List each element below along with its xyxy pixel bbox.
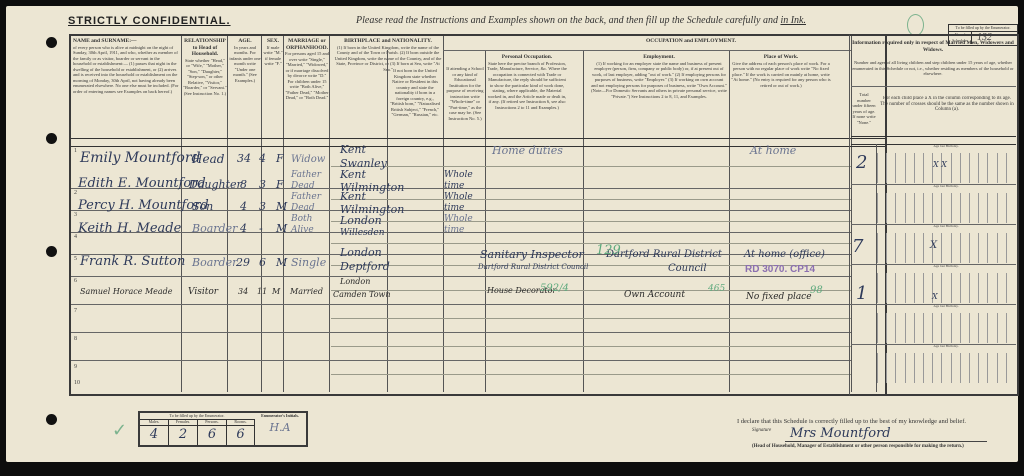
header-employment: Employment.(1) If working for an employe… [591, 54, 727, 138]
signature-caption: (Head of Household, Manager of Establish… [752, 444, 964, 449]
stamp-rd: RD 3070. CP14 [745, 264, 815, 275]
females-count: 2 [169, 426, 197, 444]
row4-children-total: 7 [852, 236, 863, 257]
enumerator-initials: H.A [256, 421, 304, 434]
header-personal-occupation: Personal Occupation.State here the preci… [487, 54, 567, 138]
header-school: If attending a School or any kind of Edu… [445, 66, 485, 138]
row5-occupation: Sanitary Inspector [480, 248, 584, 261]
row6-place: No fixed place [746, 292, 812, 302]
header-occupation-group: OCCUPATION and EMPLOYMENT. [591, 38, 791, 48]
page-title: STRICTLY CONFIDENTIAL. [68, 15, 231, 27]
punch-hole-icon [46, 133, 57, 144]
row6-name: Samuel Horace Meade [80, 287, 173, 296]
row5-name: Frank R. Sutton [80, 254, 185, 269]
header-age: AGE.In years and months. For infants und… [229, 38, 261, 138]
enumerator-summary-box: To be filled up by the Enumerator. Males… [138, 411, 308, 447]
instructions-text: Please read the Instructions and Example… [356, 15, 806, 26]
check-mark-icon: ✓ [112, 420, 127, 441]
row1-relation: Head [192, 152, 224, 166]
row1-occupation: Home duties [492, 144, 563, 157]
header-name: NAME and SURNAME:—of every person who is… [73, 38, 179, 138]
row2-name: Edith E. Mountford [78, 176, 206, 191]
row5-place: At home (office) [744, 249, 825, 260]
punch-hole-icon [46, 246, 57, 257]
header-relationship: RELATIONSHIP to Head of Household.State … [183, 38, 227, 138]
row6-employment: Own Account [624, 290, 685, 300]
males-count: 4 [140, 426, 168, 444]
row1-name: Emily Mountford [80, 150, 201, 166]
child-age-grid: Age last Birthday. Age last Birthday. Ag… [876, 144, 1015, 392]
row4-name: Keith H. Meade [78, 221, 181, 236]
persons-count: 6 [198, 426, 226, 444]
row1-place: At home [750, 144, 796, 157]
header-marriage: MARRIAGE or ORPHANHOOD.For persons aged … [285, 38, 329, 138]
header-nationality: If not born in the United Kingdom state … [389, 68, 441, 138]
row6-children-total: 1 [856, 283, 867, 304]
row1-children-total: 2 [856, 152, 867, 173]
punch-hole-icon [46, 414, 57, 425]
header-place-of-work: Place of Work.Give the address of each p… [731, 54, 831, 138]
census-table: NAME and SURNAME:—of every person who is… [69, 34, 887, 396]
header-sex: SEX.If male write "M." if female write "… [263, 38, 283, 138]
signature: Mrs Mountford [790, 426, 891, 441]
punch-hole-icon [46, 37, 57, 48]
rooms-count: 6 [227, 426, 254, 444]
row5-employment: Dartford Rural District [606, 249, 722, 260]
circle-mark-icon [907, 14, 924, 36]
declaration-text: I declare that this Schedule is correctl… [737, 418, 966, 425]
row3-name: Percy H. Mountford [78, 198, 209, 213]
